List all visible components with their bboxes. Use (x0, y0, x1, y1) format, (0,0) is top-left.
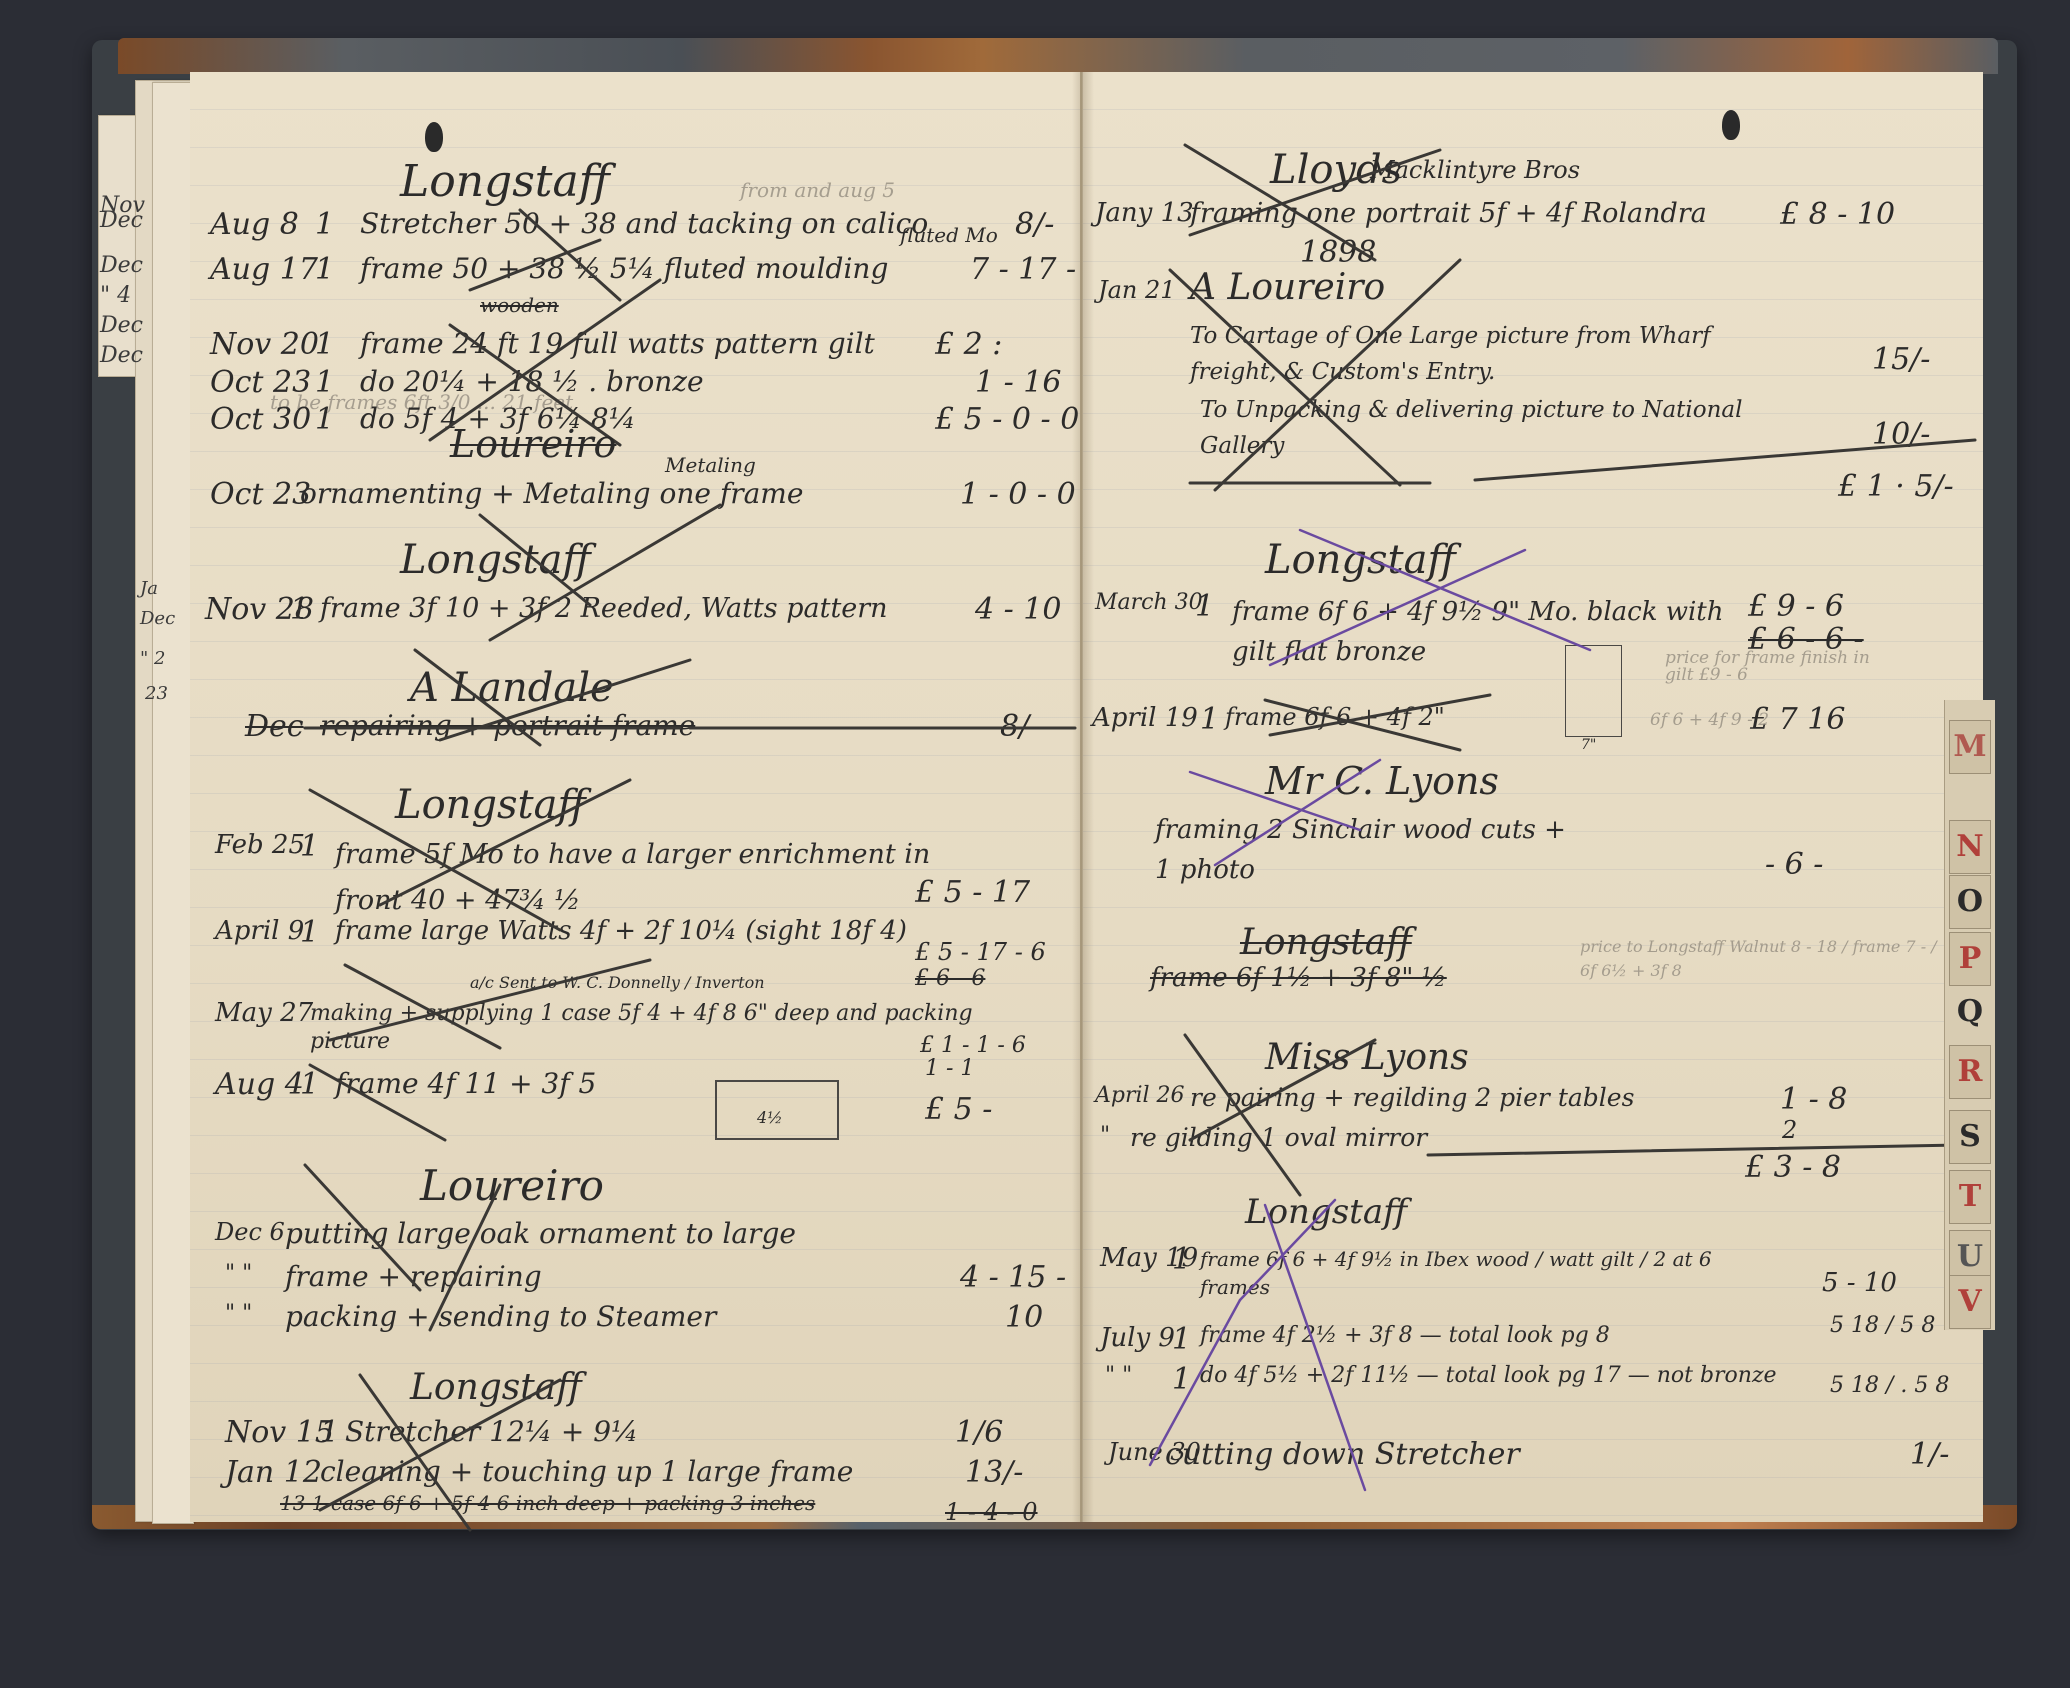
section-date: Jan 21 (1098, 278, 1176, 302)
pencil-note: price for frame finish in gilt £9 - 6 (1665, 650, 1885, 684)
entry-amount: 4 - 10 (975, 595, 1061, 625)
section-name: Loureiro (420, 1165, 604, 1207)
note-above: a/c Sent to W. C. Donnelly / Inverton (470, 975, 765, 991)
entry-amount: £ 5 - 17 (915, 878, 1030, 908)
entry-qty: 1 (290, 595, 309, 625)
stub-text-7: " 2 (140, 650, 165, 668)
entry-amount: £ 5 - 17 - 6 (915, 940, 1046, 964)
entry-desc: making + supplying 1 case 5f 4 + 4f 8 6"… (310, 1000, 1000, 1056)
entry-amount: 1 - 16 (975, 368, 1061, 398)
entry-desc: ornamenting + Metaling one frame (300, 480, 803, 508)
stub-text-4: Dec (100, 345, 143, 367)
entry-date: Oct 30 (210, 405, 311, 435)
total-amount: £ 1 · 5/- (1838, 472, 1954, 502)
entry-date: July 9 (1100, 1325, 1175, 1351)
entry-qty: 1 (300, 1070, 319, 1100)
sketch-label: 4½ (757, 1110, 783, 1126)
section-name-struck: Longstaff (1240, 925, 1412, 961)
entry-desc: packing + sending to Steamer (285, 1303, 716, 1331)
worn-binding-top (118, 38, 1998, 74)
stub-text-3: Dec (100, 315, 143, 337)
entry-desc: putting large oak ornament to large (285, 1220, 796, 1248)
entry-desc: cutting down Stretcher (1165, 1440, 1520, 1470)
entry-amount-struck: 1 - 4 - 0 (945, 1500, 1038, 1524)
entry-qty: 1 (1195, 592, 1214, 622)
note-above: fluted Mo (900, 225, 998, 245)
entry-qty: 1 (315, 255, 334, 285)
entry-amount: £ 5 - (925, 1095, 992, 1125)
struck-amount: £ 6 - 6 (915, 968, 985, 990)
second-amount: 1 - 1 (925, 1058, 974, 1080)
entry-amount: 5 18 / 5 8 (1830, 1315, 1935, 1337)
entry-amount: 1/6 (955, 1418, 1003, 1448)
entry-desc: cleaning + touching up 1 large frame (320, 1458, 853, 1486)
entry-date: Aug 17 (210, 255, 318, 285)
alphabet-index-tabs: M N O P Q R S T U V (1944, 700, 1995, 1330)
index-tab-s[interactable]: S (1949, 1110, 1991, 1164)
entry-qty: 1 (1172, 1245, 1191, 1275)
entry-desc: To Cartage of One Large picture from Wha… (1190, 318, 1770, 390)
entry-amount: 1/- (1910, 1440, 1949, 1470)
entry-desc: frame 50 + 38 ½ 5¼ fluted moulding (360, 255, 888, 283)
section-name: Loureiro (450, 425, 616, 463)
entry-amount: 5 18 / . 5 8 (1830, 1375, 1949, 1397)
stub-text-1: Dec (100, 210, 143, 232)
entry-amount: 7 - 17 - (970, 255, 1076, 285)
book-gutter (1072, 72, 1094, 1522)
entry-date: Jany 13 (1095, 200, 1194, 226)
entry-amount: 10/- (1872, 420, 1930, 450)
entry-amount: 5 - 10 (1822, 1270, 1897, 1296)
entry-qty: 1 (1172, 1325, 1191, 1355)
section-name: Longstaff (395, 785, 586, 825)
entry-desc: framing one portrait 5f + 4f Rolandra (1190, 200, 1707, 227)
entry-amount: 13/- (965, 1458, 1023, 1488)
entry-qty: 1 (315, 210, 334, 240)
entry-date: " (1100, 1125, 1110, 1147)
entry-date: Feb 25 (215, 832, 305, 858)
index-tab-q[interactable]: Q (1949, 985, 1991, 1039)
entry-qty: 1 (320, 1418, 339, 1448)
entry-amount: 4 - 15 - (960, 1263, 1066, 1293)
entry-date: " " (225, 1303, 252, 1325)
section-name: Longstaff (410, 1370, 582, 1406)
entry-desc: frame 5f Mo to have a larger enrichment … (335, 832, 995, 924)
entry-date: " " (1105, 1365, 1132, 1387)
entry-desc: frame + repairing (285, 1263, 542, 1291)
section-name: A Loureiro (1190, 270, 1385, 306)
entry-date: April 26 (1095, 1085, 1185, 1107)
entry-amount: £ 5 - 0 - 0 (935, 405, 1079, 435)
section-subtitle: Macklintyre Bros (1370, 158, 1580, 182)
entry-desc: frame 4f 2½ + 3f 8 — total look pg 8 (1200, 1325, 1610, 1347)
total-amount: £ 3 - 8 (1745, 1153, 1841, 1183)
entry-date: March 30 (1095, 592, 1203, 614)
entry-desc: re pairing + regilding 2 pier tables (1190, 1085, 1634, 1110)
index-tab-t[interactable]: T (1949, 1170, 1991, 1224)
entry-desc: frame 3f 10 + 3f 2 Reeded, Watts pattern (320, 595, 888, 622)
section-name: Longstaff (1245, 1195, 1407, 1229)
entry-desc: repairing + portrait frame (320, 712, 695, 740)
pencil-note: 6f 6 + 4f 9 - 2 (1650, 712, 1769, 729)
entry-qty: 1 (315, 405, 334, 435)
index-tab-n[interactable]: N (1949, 820, 1991, 874)
entry-amount: £ 9 - 6 (1748, 592, 1844, 622)
entry-date: Aug 8 (210, 210, 299, 240)
index-tab-m[interactable]: M (1949, 720, 1991, 774)
entry-desc: frame 4f 11 + 3f 5 (335, 1070, 596, 1098)
year-label: 1898 (1300, 238, 1376, 268)
left-stub-page-3 (152, 82, 194, 1524)
section-name: Miss Lyons (1265, 1040, 1469, 1076)
frame-profile-sketch: 7" (1565, 645, 1622, 737)
entry-desc-struck: frame 6f 1½ + 3f 8" ½ (1150, 965, 1447, 991)
entry-date: Dec (245, 712, 304, 742)
entry-date: Dec 6 (215, 1220, 285, 1244)
ink-blot-right (1722, 110, 1740, 140)
section-name: A Landale (410, 668, 614, 708)
stub-text-2: " 4 (100, 285, 131, 307)
entry-amount: 10 (1005, 1303, 1043, 1333)
entry-amount: 1 - 0 - 0 (960, 480, 1076, 510)
entry-date: Nov 15 (225, 1418, 334, 1448)
entry-desc: frame 6f 6 + 4f 2" (1225, 705, 1445, 729)
section-name: Longstaff (1265, 540, 1456, 580)
entry-amount: 2 (1782, 1118, 1797, 1142)
entry-date: Jan 12 (225, 1458, 322, 1488)
entry-amount: - 6 - (1765, 850, 1823, 880)
sketch-label: 7" (1581, 738, 1596, 752)
index-tab-p[interactable]: P (1949, 932, 1991, 986)
stub-text-5: Ja (140, 580, 158, 598)
note-below: wooden (480, 295, 559, 315)
index-tab-o[interactable]: O (1949, 875, 1991, 929)
entry-desc: framing 2 Sinclair wood cuts + 1 photo (1155, 810, 1575, 890)
entry-date: Oct 23 (210, 480, 311, 510)
entry-amount: 8/- (1015, 210, 1054, 240)
note-above: Metaling (665, 455, 756, 475)
entry-qty: 1 (1200, 705, 1219, 735)
entry-desc: frame 24 ft 19 full watts pattern gilt (360, 330, 875, 358)
entry-desc-struck: 13 1 case 6f 6 + 5f 4 6 inch deep + pack… (280, 1493, 815, 1513)
index-tab-r[interactable]: R (1949, 1045, 1991, 1099)
entry-amount: £ 8 - 10 (1780, 200, 1895, 230)
stub-text-6: Dec (140, 610, 175, 628)
stub-text-8: 23 (145, 685, 168, 703)
entry-desc: frame 6f 6 + 4f 9½ in Ibex wood / watt g… (1200, 1245, 1760, 1301)
ink-blot-left (425, 122, 443, 152)
entry-date: Aug 4 (215, 1070, 304, 1100)
entry-date: Nov 20 (210, 330, 319, 360)
entry-qty: 1 (300, 918, 319, 948)
index-tab-v[interactable]: V (1949, 1275, 1991, 1329)
entry-amount: 1 - 8 (1780, 1085, 1847, 1115)
entry-date: April 19 (1092, 705, 1198, 731)
section-name: Longstaff (400, 540, 591, 580)
pencil-note: from and aug 5 (740, 180, 895, 200)
stub-text-1b: Dec (100, 255, 143, 277)
entry-desc: Stretcher 50 + 38 and tacking on calico (360, 210, 928, 238)
entry-desc: To Unpacking & delivering picture to Nat… (1200, 392, 1760, 464)
entry-desc: frame large Watts 4f + 2f 10¼ (sight 18f… (335, 918, 907, 944)
entry-date: April 9 (215, 918, 304, 944)
frame-profile-sketch: 4½ (715, 1080, 839, 1140)
entry-qty: 1 (315, 330, 334, 360)
section-name: Longstaff (400, 160, 610, 204)
entry-amount: £ 2 : (935, 330, 1002, 360)
entry-desc: Stretcher 12¼ + 9¼ (345, 1418, 638, 1446)
pencil-note: price to Longstaff Walnut 8 - 18 / frame… (1580, 935, 1950, 983)
entry-qty: 1 (300, 832, 319, 862)
entry-qty: 1 (1172, 1365, 1191, 1395)
section-name: Mr C. Lyons (1265, 762, 1499, 800)
entry-desc: re gilding 1 oval mirror (1130, 1125, 1427, 1150)
entry-amount: 15/- (1872, 345, 1930, 375)
entry-amount: £ 1 - 1 - 6 (920, 1035, 1026, 1057)
entry-date: " " (225, 1263, 252, 1285)
entry-date: May 27 (215, 1000, 313, 1026)
entry-desc: do 4f 5½ + 2f 11½ — total look pg 17 — n… (1200, 1365, 1777, 1387)
entry-amount: 8/- (1000, 712, 1039, 742)
